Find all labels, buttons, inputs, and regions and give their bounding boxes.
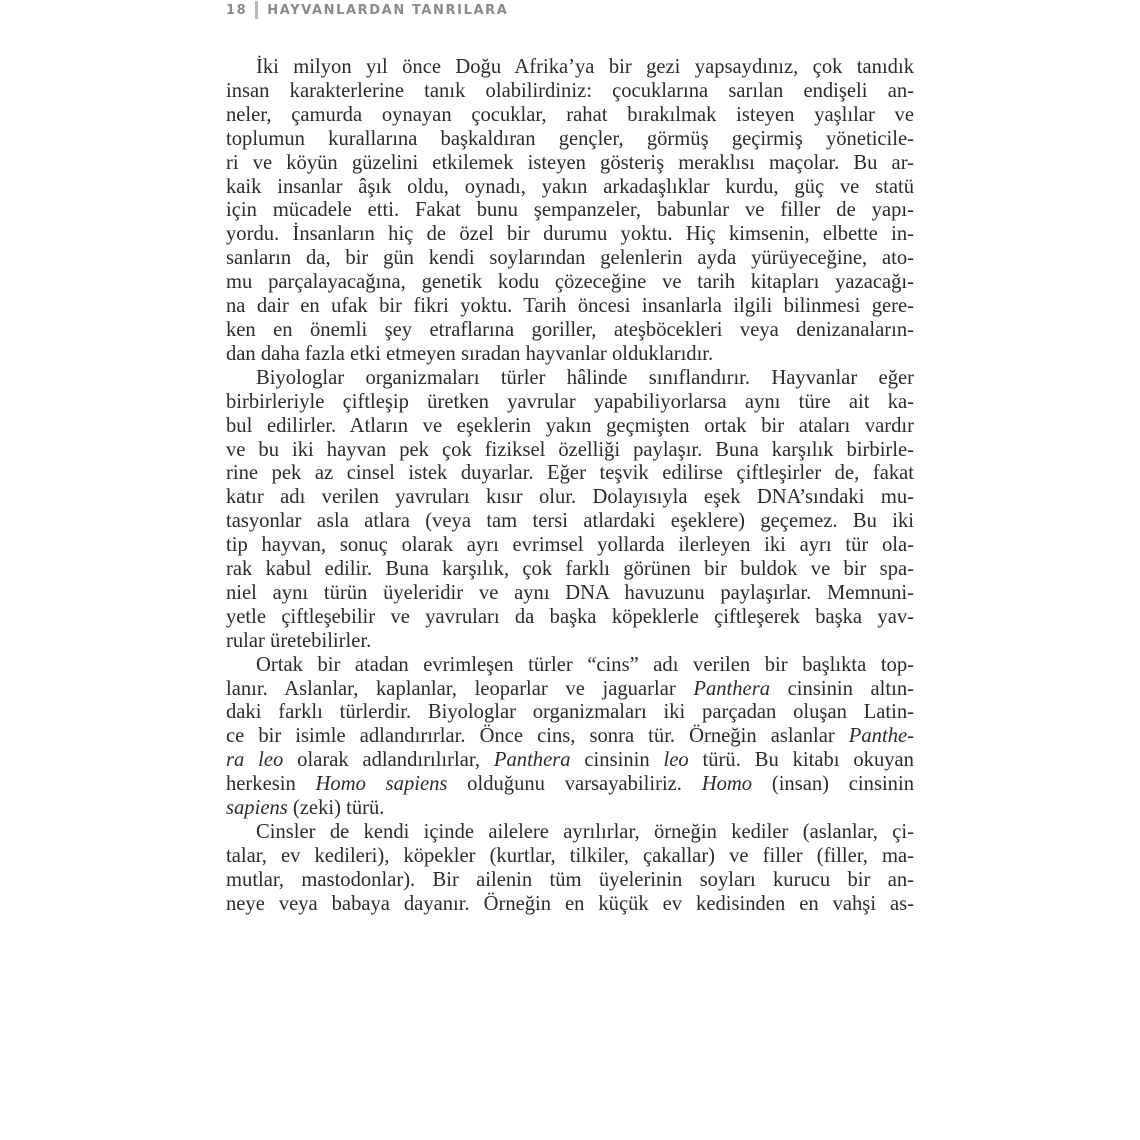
text-line: ken en önemli şey etraflarına goriller, … (226, 319, 914, 343)
text-segment: ce bir isimle adlandırırlar. Önce cins, … (226, 725, 849, 747)
text-line: sapiens (zeki) türü. (226, 797, 914, 821)
text-line: neye veya babaya dayanır. Örneğin en küç… (226, 893, 914, 917)
text-line: bul edilirler. Atların ve eşeklerin yakı… (226, 415, 914, 439)
book-title: HAYVANLARDAN TANRILARA (267, 3, 508, 18)
text-line: Biyologlar organizmaları türler hâlinde … (226, 367, 914, 391)
text-line: İki milyon yıl önce Doğu Afrika’ya bir g… (226, 56, 914, 80)
text-line: rine pek az cinsel istek duyarlar. Eğer … (226, 462, 914, 486)
italic-term: Homo sapiens (316, 773, 448, 795)
text-segment: lanır. Aslanlar, kaplanlar, leoparlar ve… (226, 678, 693, 700)
paragraph-1: İki milyon yıl önce Doğu Afrika’ya bir g… (226, 56, 914, 367)
text-line: yordu. İnsanların hiç de özel bir durumu… (226, 223, 914, 247)
italic-term: Panthera (494, 749, 571, 771)
text-line: Ortak bir atadan evrimleşen türler “cins… (226, 654, 914, 678)
text-segment: türü. Bu kitabı okuyan (689, 749, 914, 771)
paragraph-2: Biyologlar organizmaları türler hâlinde … (226, 367, 914, 654)
text-line: ve bu iki hayvan pek çok fiziksel özelli… (226, 439, 914, 463)
text-line: herkesin Homo sapiens olduğunu varsayabi… (226, 773, 914, 797)
text-line: Cinsler de kendi içinde ailelere ayrılır… (226, 821, 914, 845)
text-line: mu parçalayacağına, genetik kodu çözeceğ… (226, 271, 914, 295)
italic-term: Panthera (693, 678, 770, 700)
paragraph-3: Ortak bir atadan evrimleşen türler “cins… (226, 654, 914, 821)
text-line: sanların da, bir gün kendi soylarından g… (226, 247, 914, 271)
page-number: 18 (226, 3, 247, 18)
text-line: insan karakterlerine tanık olabilirdiniz… (226, 80, 914, 104)
header-divider (255, 1, 258, 19)
running-header: 18 HAYVANLARDAN TANRILARA (226, 0, 508, 20)
text-line: talar, ev kedileri), köpekler (kurtlar, … (226, 845, 914, 869)
text-line: na dair en ufak bir fikri yoktu. Tarih ö… (226, 295, 914, 319)
text-segment: (insan) cinsinin (752, 773, 914, 795)
paragraph-4: Cinsler de kendi içinde ailelere ayrılır… (226, 821, 914, 917)
italic-term: Panthe- (849, 725, 914, 747)
text-segment: (zeki) türü. (288, 797, 385, 819)
text-segment: herkesin (226, 773, 316, 795)
text-segment: Ortak bir atadan evrimleşen türler “cins… (256, 654, 914, 676)
text-line: daki farklı türlerdir. Biyologlar organi… (226, 701, 914, 725)
text-line: lanır. Aslanlar, kaplanlar, leoparlar ve… (226, 678, 914, 702)
text-line: rak kabul edilir. Buna karşılık, çok far… (226, 558, 914, 582)
text-line: toplumun kurallarına başkaldıran gençler… (226, 128, 914, 152)
text-line: ce bir isimle adlandırırlar. Önce cins, … (226, 725, 914, 749)
text-line: niel aynı türün üyeleridir ve aynı DNA h… (226, 582, 914, 606)
text-line: tip hayvan, sonuç olarak ayrı evrimsel y… (226, 534, 914, 558)
text-line: neler, çamurda oynayan çocuklar, rahat b… (226, 104, 914, 128)
text-line: dan daha fazla etki etmeyen sıradan hayv… (226, 343, 914, 367)
italic-term: ra leo (226, 749, 283, 771)
text-line: birbirleriyle çiftleşip üretken yavrular… (226, 391, 914, 415)
italic-term: Homo (702, 773, 752, 795)
text-line: yetle çiftleşebilir ve yavruları da başk… (226, 606, 914, 630)
text-line: ra leo olarak adlandırılırlar, Panthera … (226, 749, 914, 773)
text-segment: olduğunu varsayabiliriz. (447, 773, 701, 795)
text-segment: cinsinin (571, 749, 664, 771)
text-segment: daki farklı türlerdir. Biyologlar organi… (226, 701, 914, 723)
text-line: tasyonlar asla atlara (veya tam tersi at… (226, 510, 914, 534)
italic-term: leo (664, 749, 689, 771)
text-line: için mücadele etti. Fakat bunu şempanzel… (226, 199, 914, 223)
italic-term: sapiens (226, 797, 288, 819)
text-segment: olarak adlandırılırlar, (283, 749, 494, 771)
text-line: rular üretebilirler. (226, 630, 914, 654)
text-line: mutlar, mastodonlar). Bir ailenin tüm üy… (226, 869, 914, 893)
text-line: katır adı verilen yavruları kısır olur. … (226, 486, 914, 510)
text-segment: cinsinin altın- (770, 678, 914, 700)
body-text: İki milyon yıl önce Doğu Afrika’ya bir g… (226, 56, 914, 917)
text-line: ri ve köyün güzelini etkilemek isteyen g… (226, 152, 914, 176)
text-line: kaik insanlar âşık oldu, oynadı, yakın a… (226, 176, 914, 200)
